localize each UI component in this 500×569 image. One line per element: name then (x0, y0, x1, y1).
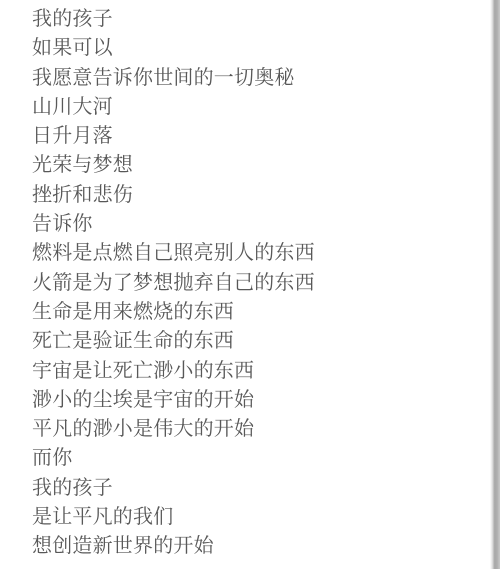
poem-line: 日升月落 (32, 122, 480, 151)
scrollbar[interactable] (490, 0, 500, 569)
poem-line: 想创造新世界的开始 (32, 532, 480, 561)
poem-line: 而你 (32, 444, 480, 473)
poem-line: 光荣与梦想 (32, 151, 480, 180)
poem-line: 火箭是为了梦想抛弃自己的东西 (32, 269, 480, 298)
poem-line: 死亡是验证生命的东西 (32, 327, 480, 356)
poem-line: 是让平凡的我们 (32, 503, 480, 532)
poem-line: 挫折和悲伤 (32, 181, 480, 210)
poem-line: 燃料是点燃自己照亮别人的东西 (32, 239, 480, 268)
poem-line: 平凡的渺小是伟大的开始 (32, 415, 480, 444)
poem-text-block: 我的孩子 如果可以 我愿意告诉你世间的一切奥秘 山川大河 日升月落 光荣与梦想 … (32, 5, 480, 562)
poem-line: 告诉你 (32, 210, 480, 239)
poem-line: 生命是用来燃烧的东西 (32, 298, 480, 327)
poem-page: 我的孩子 如果可以 我愿意告诉你世间的一切奥秘 山川大河 日升月落 光荣与梦想 … (0, 0, 500, 569)
poem-line: 我愿意告诉你世间的一切奥秘 (32, 64, 480, 93)
poem-line: 我的孩子 (32, 474, 480, 503)
poem-line: 山川大河 (32, 93, 480, 122)
poem-line: 渺小的尘埃是宇宙的开始 (32, 386, 480, 415)
poem-line: 如果可以 (32, 34, 480, 63)
poem-line: 我的孩子 (32, 5, 480, 34)
poem-line: 宇宙是让死亡渺小的东西 (32, 357, 480, 386)
